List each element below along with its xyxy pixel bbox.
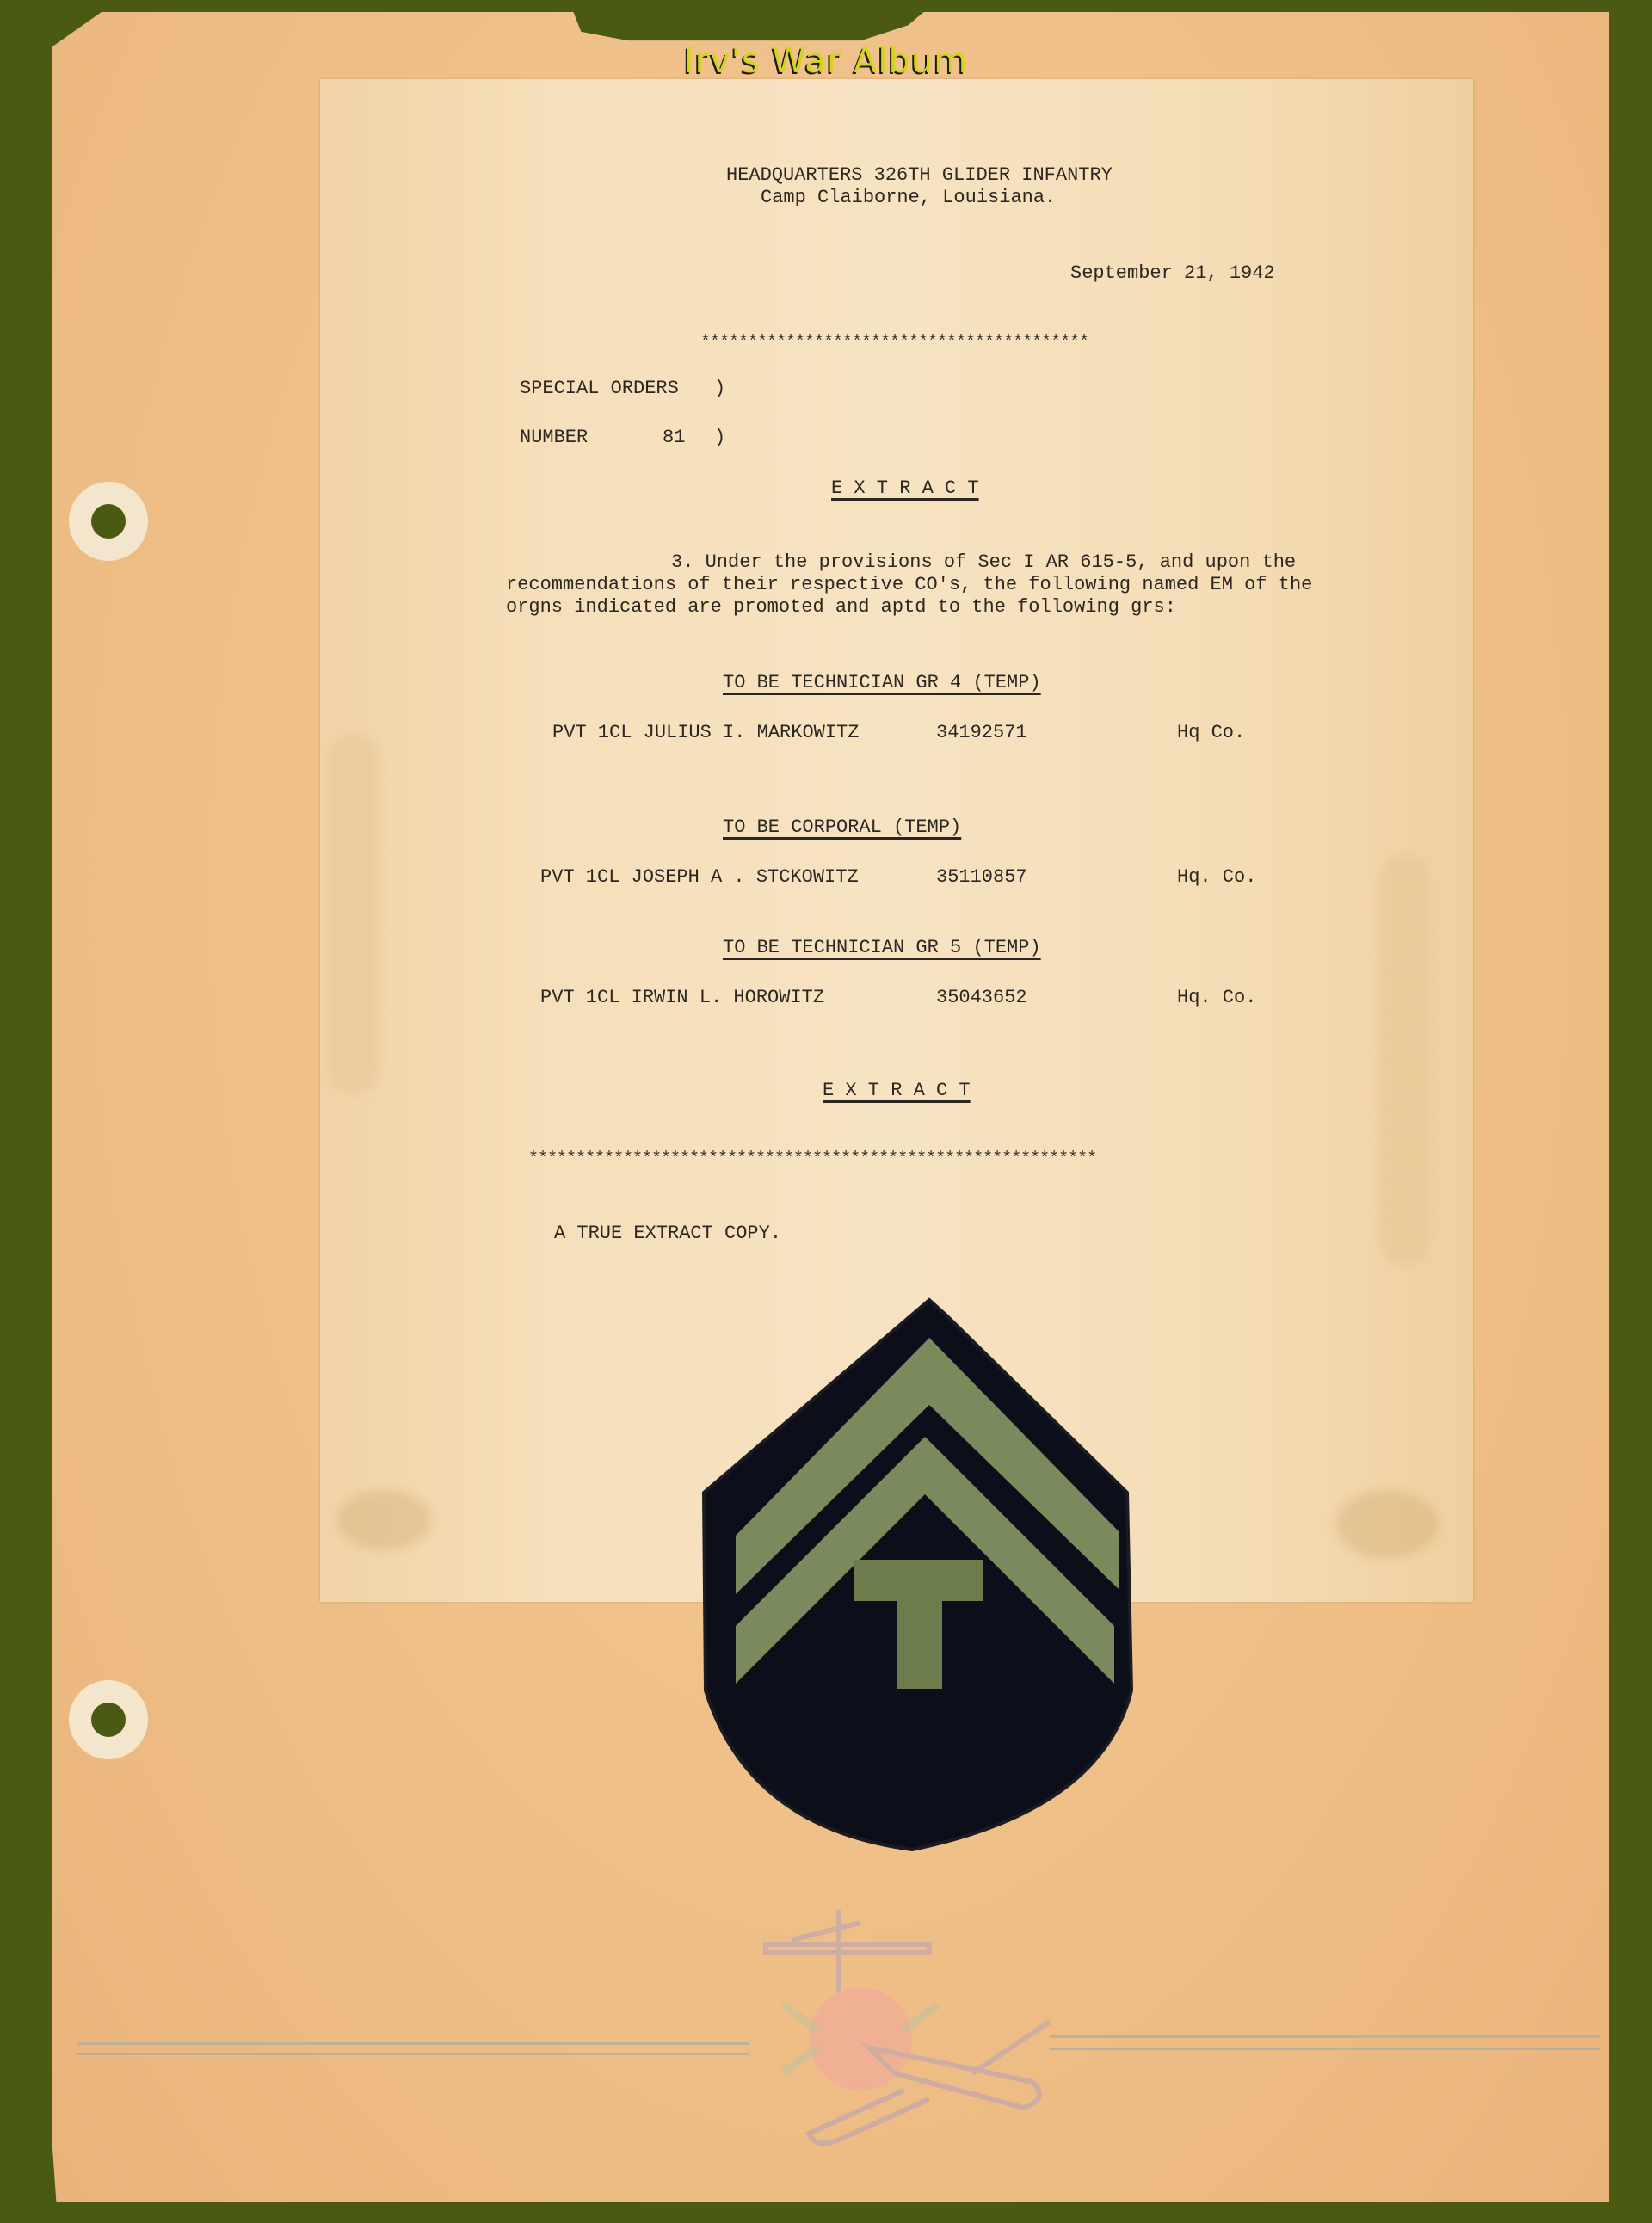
promotion-name: PVT 1CL JULIUS I. MARKOWITZ xyxy=(552,721,859,744)
paragraph-line-2: recommendations of their respective CO's… xyxy=(506,573,1312,596)
extract-footer: E X T R A C T xyxy=(823,1079,971,1102)
stain xyxy=(337,1490,432,1550)
separator-bottom: ****************************************… xyxy=(528,1149,1096,1169)
album-title: Irv's War Album xyxy=(0,41,1652,81)
stain xyxy=(1378,853,1430,1266)
grade-heading-corporal: TO BE CORPORAL (TEMP) xyxy=(723,816,961,839)
punch-hole-bottom xyxy=(69,1680,148,1759)
decorative-rule xyxy=(77,2053,749,2055)
stain xyxy=(329,733,380,1094)
header-unit: HEADQUARTERS 326TH GLIDER INFANTRY xyxy=(726,163,1113,187)
promotion-name: PVT 1CL JOSEPH A . STCKOWITZ xyxy=(540,865,859,889)
promotion-serial: 35043652 xyxy=(936,986,1027,1009)
promotion-name: PVT 1CL IRWIN L. HOROWITZ xyxy=(540,986,824,1009)
header-location: Camp Claiborne, Louisiana. xyxy=(761,186,1056,209)
promotion-serial: 34192571 xyxy=(936,721,1027,744)
special-orders-label: SPECIAL ORDERS xyxy=(520,377,679,400)
number-value: 81 xyxy=(663,426,685,449)
number-label: NUMBER xyxy=(520,426,588,449)
decorative-rule xyxy=(1050,2035,1600,2038)
extract-heading: E X T R A C T xyxy=(831,477,979,500)
punch-hole-top xyxy=(69,482,148,561)
promotion-serial: 35110857 xyxy=(936,865,1027,889)
bracket: ) xyxy=(714,426,725,449)
decorative-rule xyxy=(1050,2048,1600,2050)
promotion-unit: Hq. Co. xyxy=(1177,865,1256,889)
separator-top: ****************************************… xyxy=(700,333,1088,353)
promotion-unit: Hq. Co. xyxy=(1177,986,1256,1009)
stain xyxy=(1335,1490,1439,1559)
chevron-patch-icon xyxy=(688,1295,1144,1854)
paragraph-line-1: 3. Under the provisions of Sec I AR 615-… xyxy=(671,551,1296,574)
grade-heading-tech-4: TO BE TECHNICIAN GR 4 (TEMP) xyxy=(723,671,1041,694)
bracket: ) xyxy=(714,377,725,400)
certification: A TRUE EXTRACT COPY. xyxy=(554,1222,781,1245)
grade-heading-tech-5: TO BE TECHNICIAN GR 5 (TEMP) xyxy=(723,936,1041,959)
promotion-unit: Hq Co. xyxy=(1177,721,1245,744)
decorative-rule xyxy=(77,2042,749,2045)
paragraph-line-3: orgns indicated are promoted and aptd to… xyxy=(506,595,1176,619)
airborne-emblem-icon xyxy=(731,1901,1058,2151)
document-date: September 21, 1942 xyxy=(1070,262,1275,285)
